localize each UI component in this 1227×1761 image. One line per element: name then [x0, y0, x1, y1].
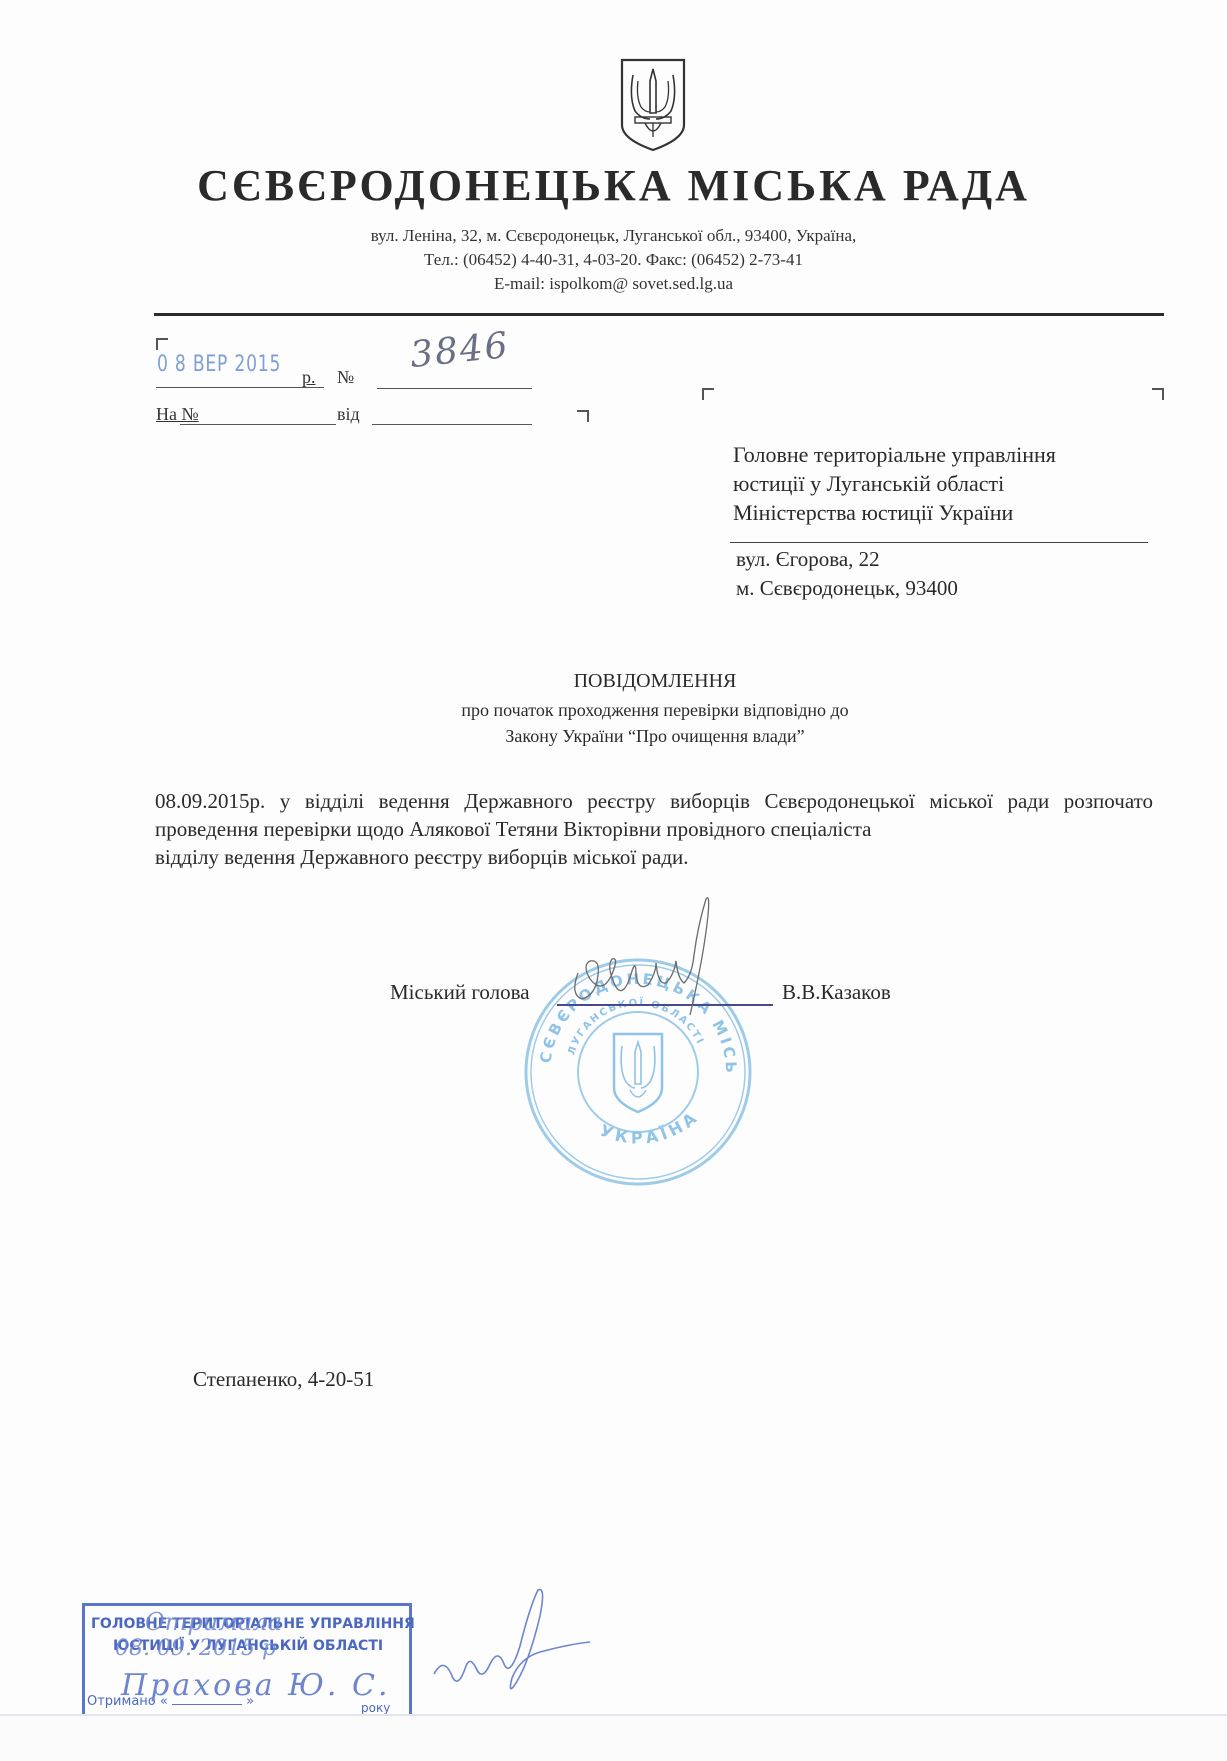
received-stamp: ГОЛОВНЕ ТЕРИТОРІАЛЬНЕ УПРАВЛІННЯ ЮСТИЦІЇ… [82, 1603, 412, 1716]
letterhead-divider [154, 313, 1164, 316]
recipient-address: вул. Єгорова, 22 м. Сєвєродонецьк, 93400 [736, 545, 958, 603]
document-page: СЄВЄРОДОНЕЦЬКА МІСЬКА РАДА вул. Леніна, … [0, 0, 1227, 1761]
recipient-line: юстиції у Луганській області [733, 469, 1056, 498]
corner-mark-icon [577, 410, 589, 422]
number-underline [377, 388, 532, 389]
notice-body-last: відділу ведення Державного реєстру вибор… [155, 843, 1153, 871]
corner-mark-icon [1152, 388, 1164, 400]
outgoing-number: 3846 [408, 325, 511, 376]
receiver-signature [430, 1586, 600, 1696]
notice-body-main: 08.09.2015р. у відділі ведення Державног… [155, 789, 1153, 841]
from-label: від [337, 404, 360, 425]
year-suffix: р. [302, 367, 316, 388]
notice-body: 08.09.2015р. у відділі ведення Державног… [155, 787, 1153, 871]
executor-contact: Степаненко, 4-20-51 [193, 1367, 374, 1392]
phone-line: Тел.: (06452) 4-40-31, 4-03-20. Факс: (0… [0, 250, 1227, 270]
notice-subtitle: про початок проходження перевірки відпов… [0, 700, 1227, 721]
from-underline [372, 424, 532, 425]
recipient-line: Головне територіальне управління [733, 440, 1056, 469]
reply-label-text: На № [156, 404, 199, 424]
organization-title: СЄВЄРОДОНЕЦЬКА МІСЬКА РАДА [0, 160, 1227, 211]
signatory-position: Міський голова [390, 980, 530, 1005]
svg-text:УКРАЇНА: УКРАЇНА [597, 1106, 703, 1147]
address-line: вул. Леніна, 32, м. Сєвєродонецьк, Луган… [0, 226, 1227, 246]
date-stamp: 0 8 ВЕР 2015 [157, 352, 281, 377]
ukraine-trident-icon [619, 57, 687, 153]
corner-mark-icon [156, 338, 168, 350]
recipient-street: вул. Єгорова, 22 [736, 545, 958, 574]
notice-title: ПОВІДОМЛЕННЯ [0, 670, 1227, 693]
recipient-city: м. Сєвєродонецьк, 93400 [736, 574, 958, 603]
page-margin [0, 1716, 1227, 1761]
recipient-line: Міністерства юстиції України [733, 498, 1056, 527]
email-line: E-mail: ispolkom@ sovet.sed.lg.ua [0, 274, 1227, 294]
recipient-name: Головне територіальне управління юстиції… [733, 440, 1056, 527]
signatory-name: В.В.Казаков [782, 980, 891, 1005]
reply-number-underline [180, 424, 336, 425]
reply-label: На № [156, 404, 199, 425]
handwritten-receiver-name: Прахова Ю. С. [121, 1668, 390, 1703]
handwritten-date: 08. 09. 2015 р [115, 1636, 276, 1661]
number-label: № [337, 367, 354, 388]
handwritten-received: Отримала [145, 1608, 282, 1636]
handwritten-signature [560, 895, 740, 1025]
recipient-divider [730, 542, 1148, 543]
corner-mark-icon [702, 388, 714, 400]
date-underline [156, 387, 324, 388]
received-year-label: року [361, 1701, 390, 1715]
notice-subtitle-law: Закону України “Про очищення влади” [0, 726, 1227, 747]
